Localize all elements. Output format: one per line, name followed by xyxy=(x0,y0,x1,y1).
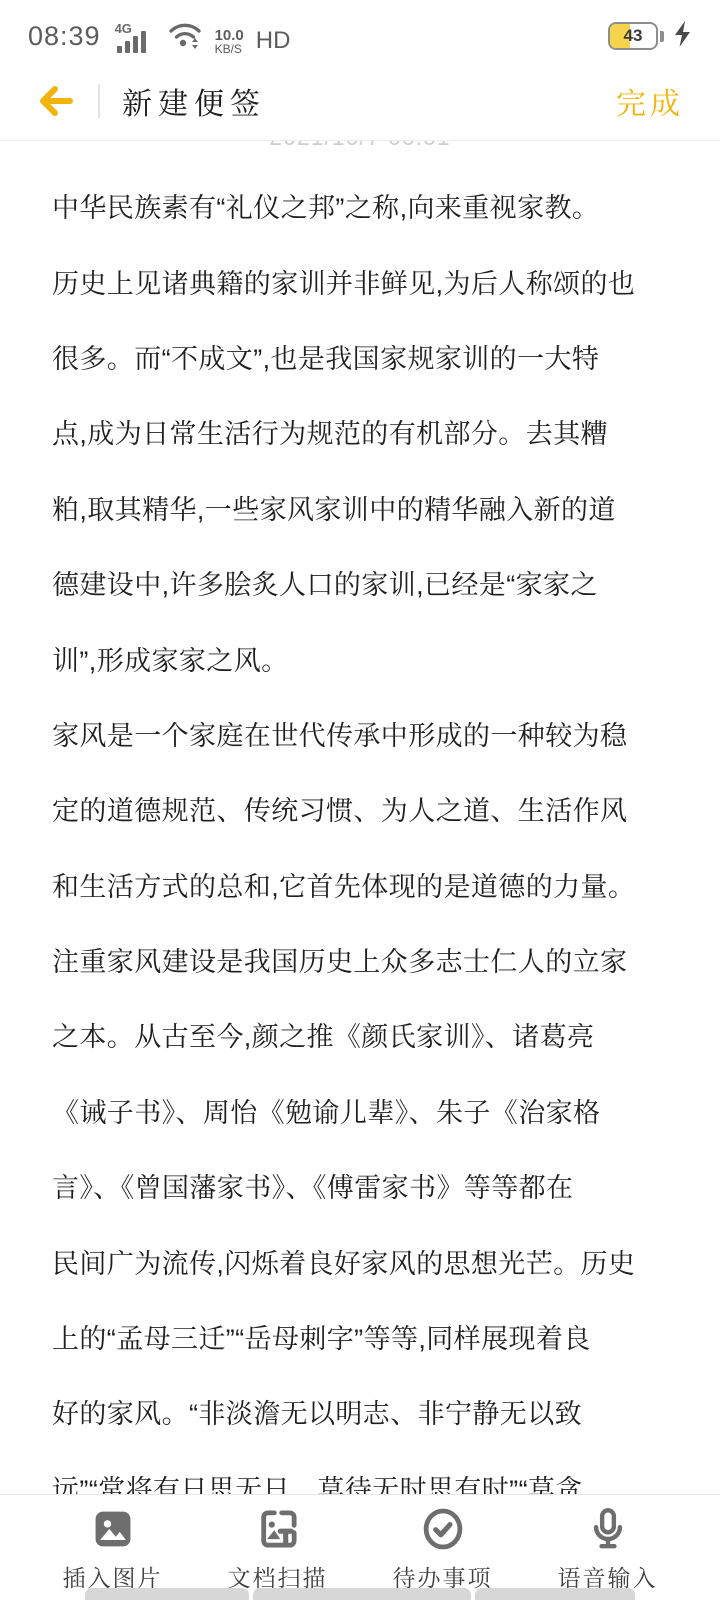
voice-input-button[interactable]: 语音输入 xyxy=(538,1507,678,1593)
done-button[interactable]: 完成 xyxy=(616,79,684,123)
note-line: 很多。而“不成文”,也是我国家规家训的一大特 xyxy=(52,319,668,394)
network-speed: 10.0 KB/S xyxy=(215,28,244,55)
note-text-area[interactable]: 中华民族素有“礼仪之邦”之称,向来重视家教。 历史上见诸典籍的家训并非鲜见,为后… xyxy=(52,168,668,1525)
status-bar: 08:39 4G 10.0 KB/S HD 43 xyxy=(0,0,720,62)
note-line: 和生活方式的总和,它首先体现的是道德的力量。 xyxy=(52,847,668,922)
note-line: 注重家风建设是我国历史上众多志士仁人的立家 xyxy=(52,922,668,997)
keyboard-key-top[interactable] xyxy=(85,1588,249,1600)
note-line: 点,成为日常生活行为规范的有机部分。去其糟 xyxy=(52,394,668,469)
note-line: 言》、《曾国藩家书》、《傅雷家书》等等都在 xyxy=(52,1148,668,1223)
note-line: 训”,形成家家之风。 xyxy=(52,620,668,695)
charging-bolt-icon xyxy=(672,20,694,53)
bottom-toolbar: 插入图片 文档扫描 待办事项 语音输入 xyxy=(0,1494,720,1600)
note-line: 《诫子书》、周怡《勉谕儿辈》、朱子《治家格 xyxy=(52,1073,668,1148)
note-line: 家风是一个家庭在世代传承中形成的一种较为稳 xyxy=(52,696,668,771)
note-line: 德建设中,许多脍炙人口的家训,已经是“家家之 xyxy=(52,545,668,620)
page-title: 新建便签 xyxy=(122,79,266,123)
document-scan-button[interactable]: 文档扫描 xyxy=(208,1507,348,1593)
note-line: 定的道德规范、传统习惯、为人之道、生活作风 xyxy=(52,771,668,846)
speed-value: 10.0 xyxy=(215,28,244,43)
note-line: 中华民族素有“礼仪之邦”之称,向来重视家教。 xyxy=(52,168,668,243)
keyboard-key-top[interactable] xyxy=(253,1588,471,1600)
voice-input-icon xyxy=(586,1507,630,1551)
speed-unit: KB/S xyxy=(215,43,244,55)
note-line: 历史上见诸典籍的家训并非鲜见,为后人称颂的也 xyxy=(52,243,668,318)
document-scan-icon xyxy=(256,1507,300,1551)
keyboard-top-edge xyxy=(0,1588,720,1600)
cellular-signal-icon: 4G xyxy=(115,23,157,55)
note-line: 民间广为流传,闪烁着良好家风的思想光芒。历史 xyxy=(52,1223,668,1298)
note-line: 粕,取其精华,一些家风家训中的精华融入新的道 xyxy=(52,470,668,545)
battery-nub xyxy=(660,31,664,42)
wifi-icon xyxy=(167,18,203,55)
insert-image-icon xyxy=(91,1507,135,1551)
clock-time: 08:39 xyxy=(28,21,101,52)
note-header: 新建便签 完成 xyxy=(0,62,720,141)
back-arrow-icon xyxy=(36,84,76,118)
battery-icon: 43 xyxy=(608,22,658,50)
hd-label: HD xyxy=(256,27,291,55)
header-divider xyxy=(98,84,100,118)
note-line: 之本。从古至今,颜之推《颜氏家训》、诸葛亮 xyxy=(52,997,668,1072)
todo-check-icon xyxy=(421,1507,465,1551)
insert-image-button[interactable]: 插入图片 xyxy=(43,1507,183,1593)
keyboard-key-top[interactable] xyxy=(475,1588,635,1600)
note-line: 上的“孟母三迁”“岳母刺字”等等,同样展现着良 xyxy=(52,1299,668,1374)
battery-percent: 43 xyxy=(624,26,643,46)
note-line: 好的家风。“非淡澹无以明志、非宁静无以致 xyxy=(52,1374,668,1449)
todo-button[interactable]: 待办事项 xyxy=(373,1507,513,1593)
back-button[interactable] xyxy=(36,81,80,121)
